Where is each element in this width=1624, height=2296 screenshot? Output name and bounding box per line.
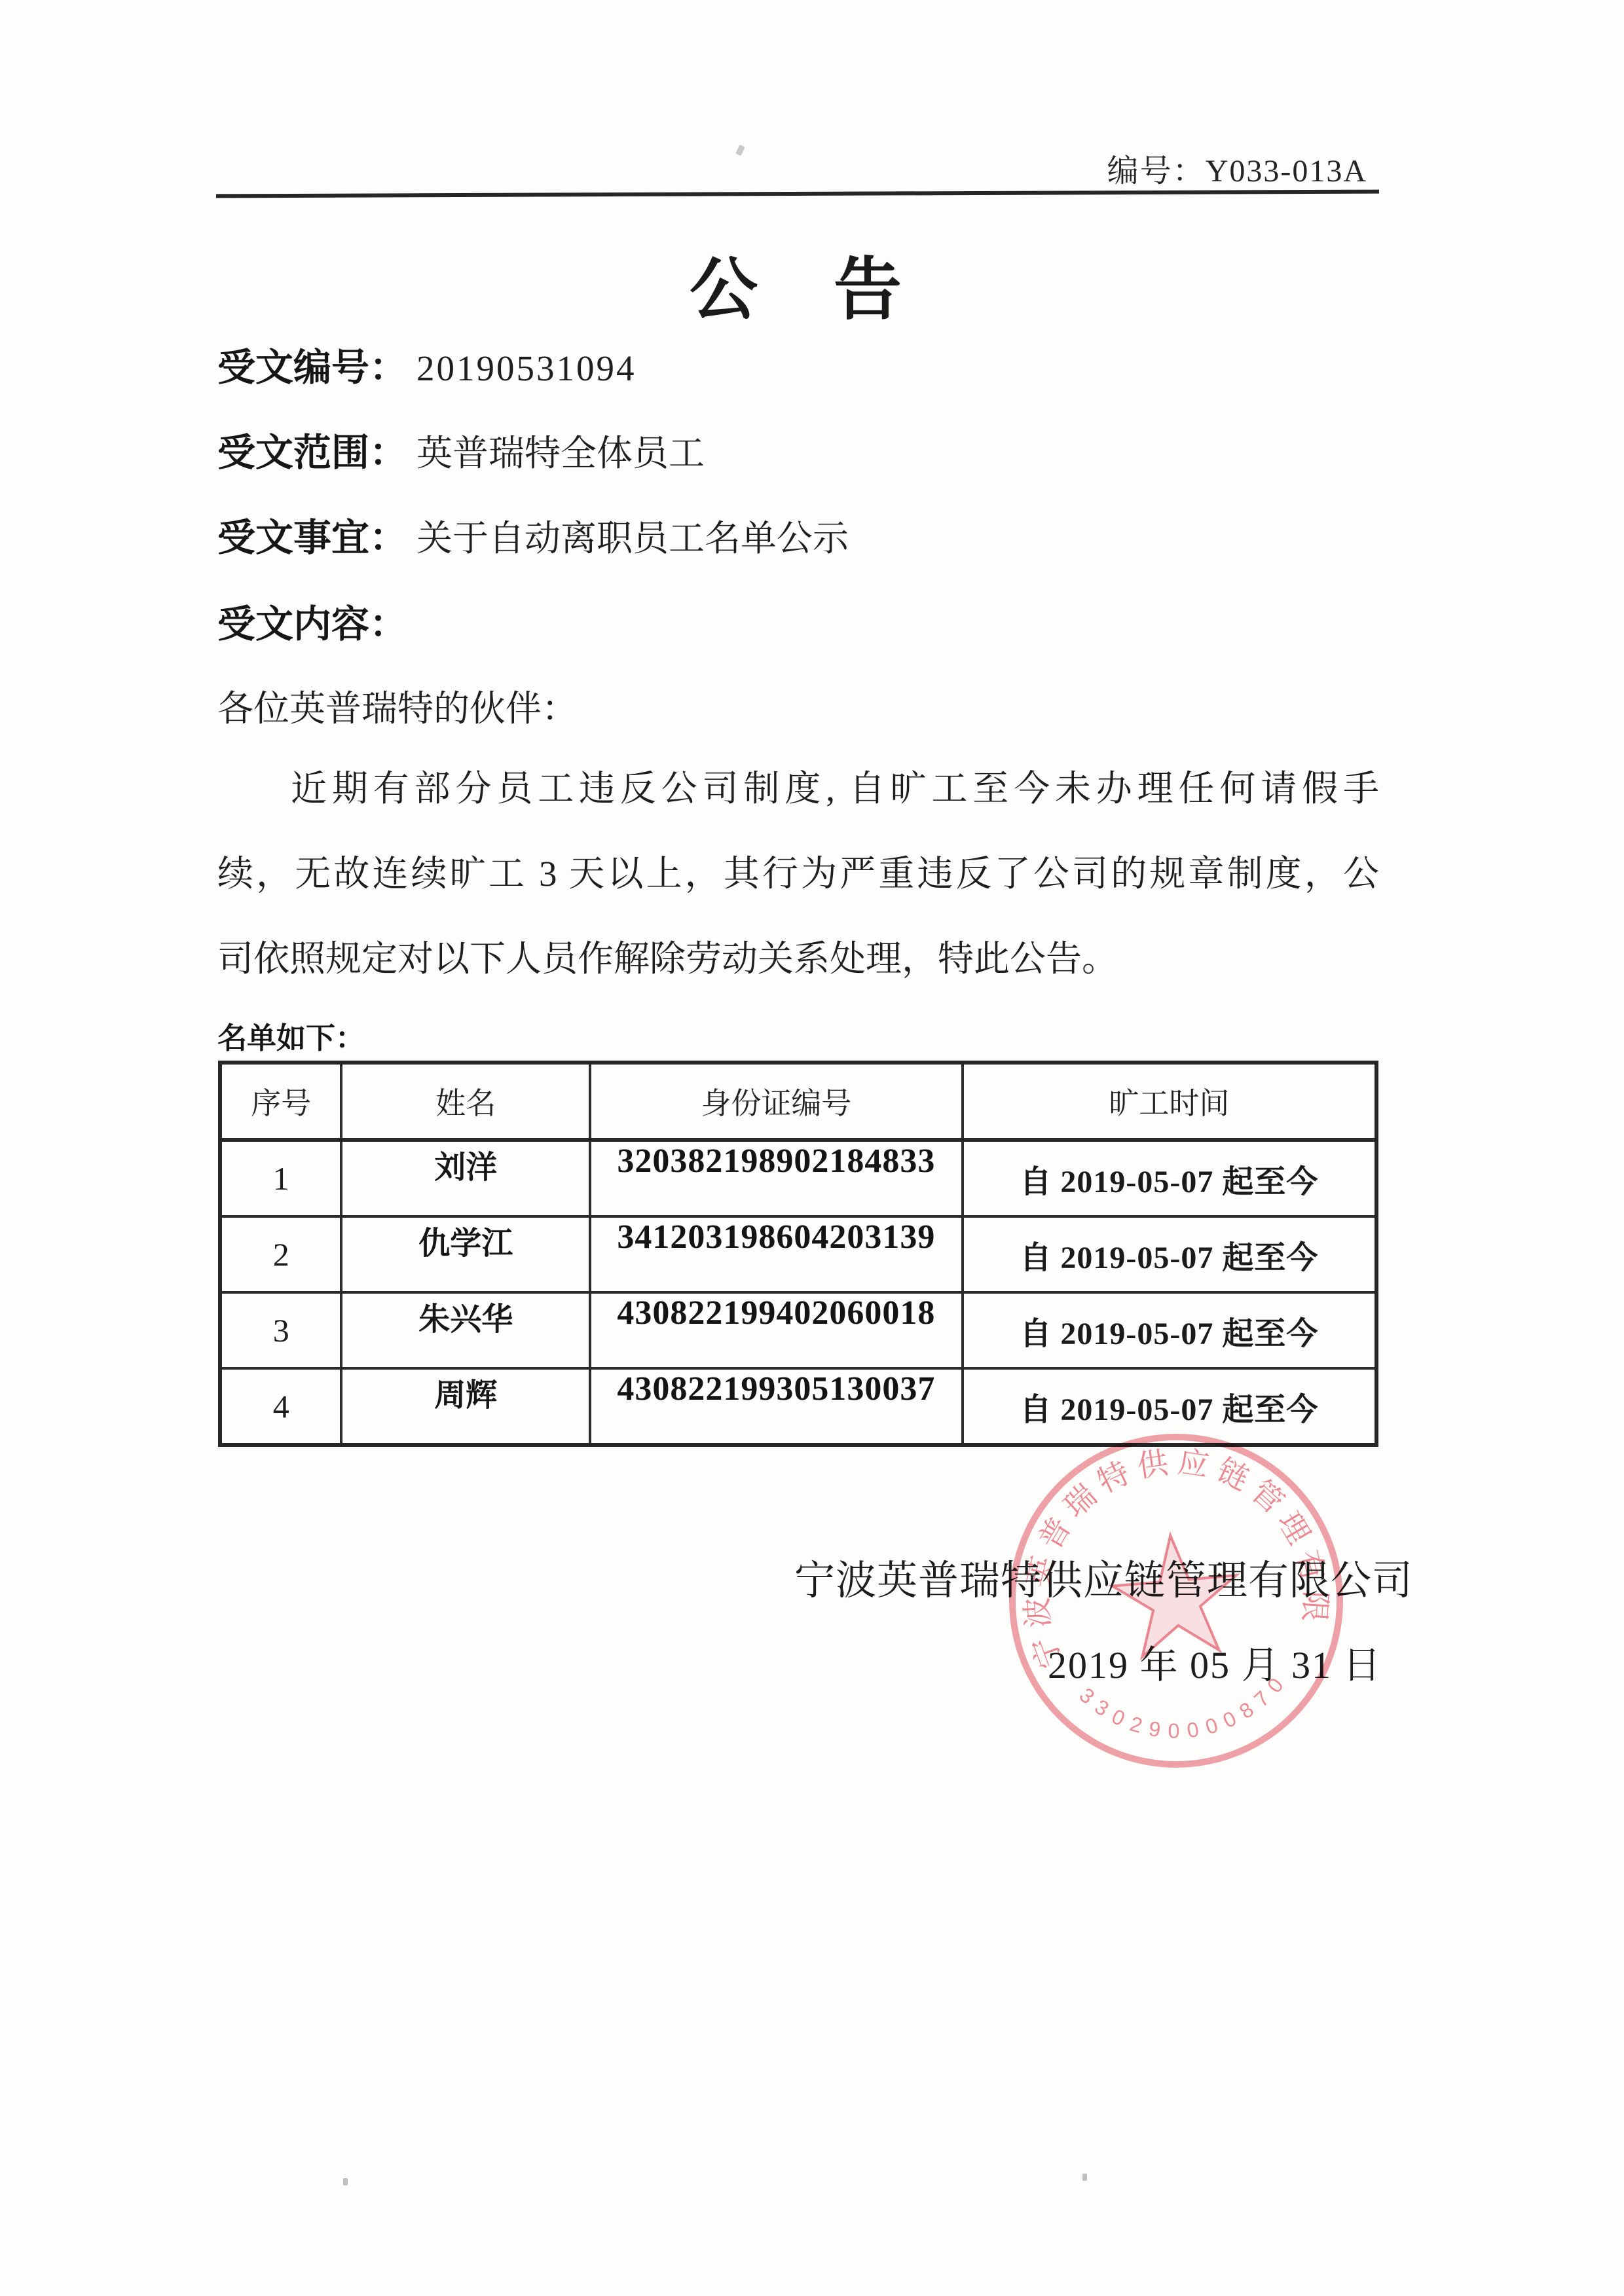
cell-time: 自 2019-05-07 起至今	[963, 1216, 1376, 1292]
cell-name: 刘洋	[341, 1140, 590, 1216]
cell-time: 自 2019-05-07 起至今	[963, 1292, 1376, 1368]
header-rule	[216, 190, 1379, 198]
meta-label: 受文编号：	[217, 346, 407, 389]
meta-row-doc-id: 受文编号：20190531094	[217, 337, 637, 392]
paragraph-line: 续，无故连续旷工 3 天以上，其行为严重违反了公司的规章制度，公	[217, 831, 1379, 917]
col-header-name: 姓名	[341, 1063, 590, 1140]
meta-value: 英普瑞特全体员工	[416, 433, 705, 473]
doc-number-value: Y033-013A	[1206, 154, 1367, 189]
col-header-time: 旷工时间	[963, 1063, 1376, 1140]
cell-name: 朱兴华	[341, 1292, 590, 1368]
cell-name: 周辉	[341, 1368, 590, 1445]
doc-number: 编号：Y033-013A	[1107, 145, 1367, 191]
meta-label: 受文事宜：	[217, 517, 407, 559]
salutation: 各位英普瑞特的伙伴：	[217, 680, 578, 731]
cell-seq: 1	[220, 1140, 341, 1216]
paragraph-line: 司依照规定对以下人员作解除劳动关系处理，特此公告。	[217, 917, 1379, 1002]
cell-id: 430822199305130037	[590, 1368, 963, 1445]
col-header-id: 身份证编号	[590, 1063, 963, 1140]
scan-speck	[1082, 2174, 1087, 2181]
paragraph-line: 近期有部分员工违反公司制度, 自旷工至今未办理任何请假手	[217, 746, 1379, 831]
table-row: 3 朱兴华 430822199402060018 自 2019-05-07 起至…	[220, 1292, 1376, 1368]
signature-date: 2019 年 05 月 31 日	[1048, 1634, 1382, 1689]
table-row: 2 仇学江 341203198604203139 自 2019-05-07 起至…	[220, 1216, 1376, 1292]
cell-id: 341203198604203139	[590, 1216, 963, 1292]
table-row: 4 周辉 430822199305130037 自 2019-05-07 起至今	[220, 1368, 1376, 1445]
meta-row-subject: 受文事宜：关于自动离职员工名单公示	[217, 507, 849, 562]
cell-id: 430822199402060018	[590, 1292, 963, 1368]
meta-row-content: 受文内容：	[217, 593, 416, 648]
cell-time: 自 2019-05-07 起至今	[963, 1140, 1376, 1216]
meta-row-scope: 受文范围：英普瑞特全体员工	[217, 422, 705, 477]
table-row: 1 刘洋 320382198902184833 自 2019-05-07 起至今	[220, 1140, 1376, 1216]
announcement-document: 编号：Y033-013A 公 告 受文编号：20190531094 受文范围：英…	[0, 0, 1624, 2296]
meta-value: 关于自动离职员工名单公示	[416, 519, 849, 558]
cell-seq: 2	[220, 1216, 341, 1292]
scan-speck	[343, 2178, 348, 2185]
cell-seq: 4	[220, 1368, 341, 1445]
absence-roster-table: 序号 姓名 身份证编号 旷工时间 1 刘洋 320382198902184833…	[218, 1061, 1378, 1447]
body-paragraph: 近期有部分员工违反公司制度, 自旷工至今未办理任何请假手 续，无故连续旷工 3 …	[217, 746, 1379, 1002]
signature-company: 宁波英普瑞特供应链管理有限公司	[794, 1548, 1413, 1606]
col-header-seq: 序号	[220, 1063, 341, 1140]
meta-label: 受文内容：	[217, 603, 407, 646]
cell-time: 自 2019-05-07 起至今	[963, 1368, 1376, 1445]
list-intro: 名单如下：	[217, 1014, 365, 1057]
meta-label: 受文范围：	[217, 431, 407, 474]
page-title: 公 告	[216, 234, 1379, 333]
doc-number-label: 编号：	[1107, 154, 1206, 189]
meta-value: 20190531094	[416, 348, 637, 388]
cell-id: 320382198902184833	[590, 1140, 963, 1216]
cell-name: 仇学江	[341, 1216, 590, 1292]
scan-speck	[735, 145, 745, 156]
table-header-row: 序号 姓名 身份证编号 旷工时间	[220, 1063, 1376, 1140]
cell-seq: 3	[220, 1292, 341, 1368]
